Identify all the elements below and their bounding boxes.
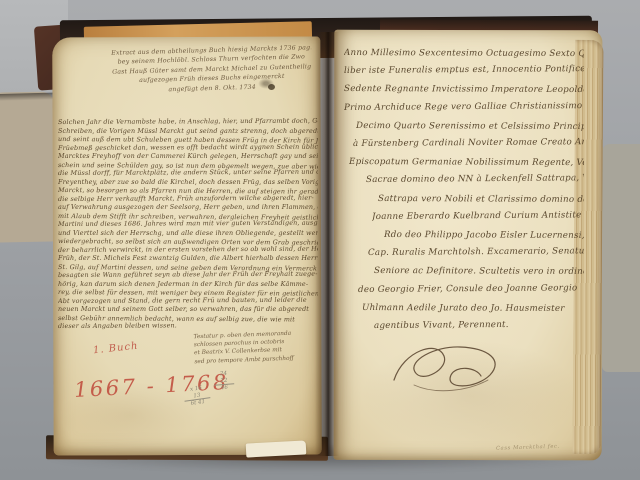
manuscript-line: Martini und dieses 1686. Jahres wird man… [58,219,318,229]
manuscript-line: liber iste Funeralis emptus est, Innocen… [344,60,584,80]
left-page-header-block: Extract aus dem abtheilungs Buch hiesig … [111,43,313,119]
manuscript-line: der beharrlich verwirckt, in der ersten … [58,244,318,254]
manuscript-line: Marcktes Freyhoff von der Cammerei Kürch… [58,152,318,161]
manuscript-line: Sacrae domino deo NN à Leckenfell Sattra… [366,170,584,190]
left-page-body-text: Solchen Jahr die Vernambste habe, in Ans… [58,118,318,340]
pencil-calculation-b: 242246 [213,370,234,392]
manuscript-line: und Vierttel sich der Herrschg, und alle… [58,229,318,238]
manuscript-line: Solchen Jahr die Vernambste habe, in Ans… [58,118,318,126]
manuscript-line: Freyenthey, aber zue so bald die Kirchel… [58,178,318,187]
manuscript-line: besagten sie Wann geführet seyn ab diese… [58,270,318,280]
manuscript-line: die selbige Herr verkaufft Marckt, Früh … [58,193,318,203]
linen-support-right [602,144,640,372]
manuscript-line: Cap. Ruralis Marchtolsh. Excamerario, Se… [368,243,584,263]
manuscript-line: dieser als Angaben bleiben wissen. [58,321,318,331]
manuscript-line: Schreiben, die Vorigen Müssl Marckt gut … [58,127,318,136]
linen-support-left [0,91,57,242]
photograph-backdrop: Extract aus dem abtheilungs Buch hiesig … [0,0,640,480]
manuscript-line: deo Georgio Frier, Consule deo Joanne Ge… [358,279,584,299]
calligraphic-flourish [386,336,516,398]
manuscript-line: agentibus Vivant, Perennent. [374,315,584,335]
manuscript-line: Früh, der St. Michels Fest zwantzig Guld… [58,254,318,263]
manuscript-line: neuen Marckt und seinem Gott selber, so … [58,305,318,314]
book-gutter [315,32,339,456]
pencil-calculation-a: x 16136t 41 [183,384,212,408]
manuscript-line: à Fürstenberg Cardinali Noviter Romae Cr… [353,133,584,153]
manuscript-line: hörig, kan darum sich denen Jederman in … [58,280,318,289]
left-page-note-block: Testatur p. oben den memorandaschlossen … [193,329,320,369]
manuscript-line: auf Verwahrung ausgezogen der Seelsorg, … [58,203,318,212]
manuscript-line: Primo Archiduce Rege vero Galliae Christ… [344,97,584,117]
manuscript-line: Abt vorgezogen und Stand, die gern recht… [58,295,318,305]
manuscript-line: Früebmeß geschicket dan, wessen es offt … [58,142,318,152]
manuscript-line: die Müssl dorff, für Marcktplätz, die an… [58,168,318,178]
manuscript-line: Joanne Eberardo Kuelbrand Curium Antisti… [372,206,584,226]
pencil-mark: 46 [214,384,234,392]
right-page-latin-inscription: Anno Millesimo Sexcentesimo Octuagesimo … [344,44,584,340]
